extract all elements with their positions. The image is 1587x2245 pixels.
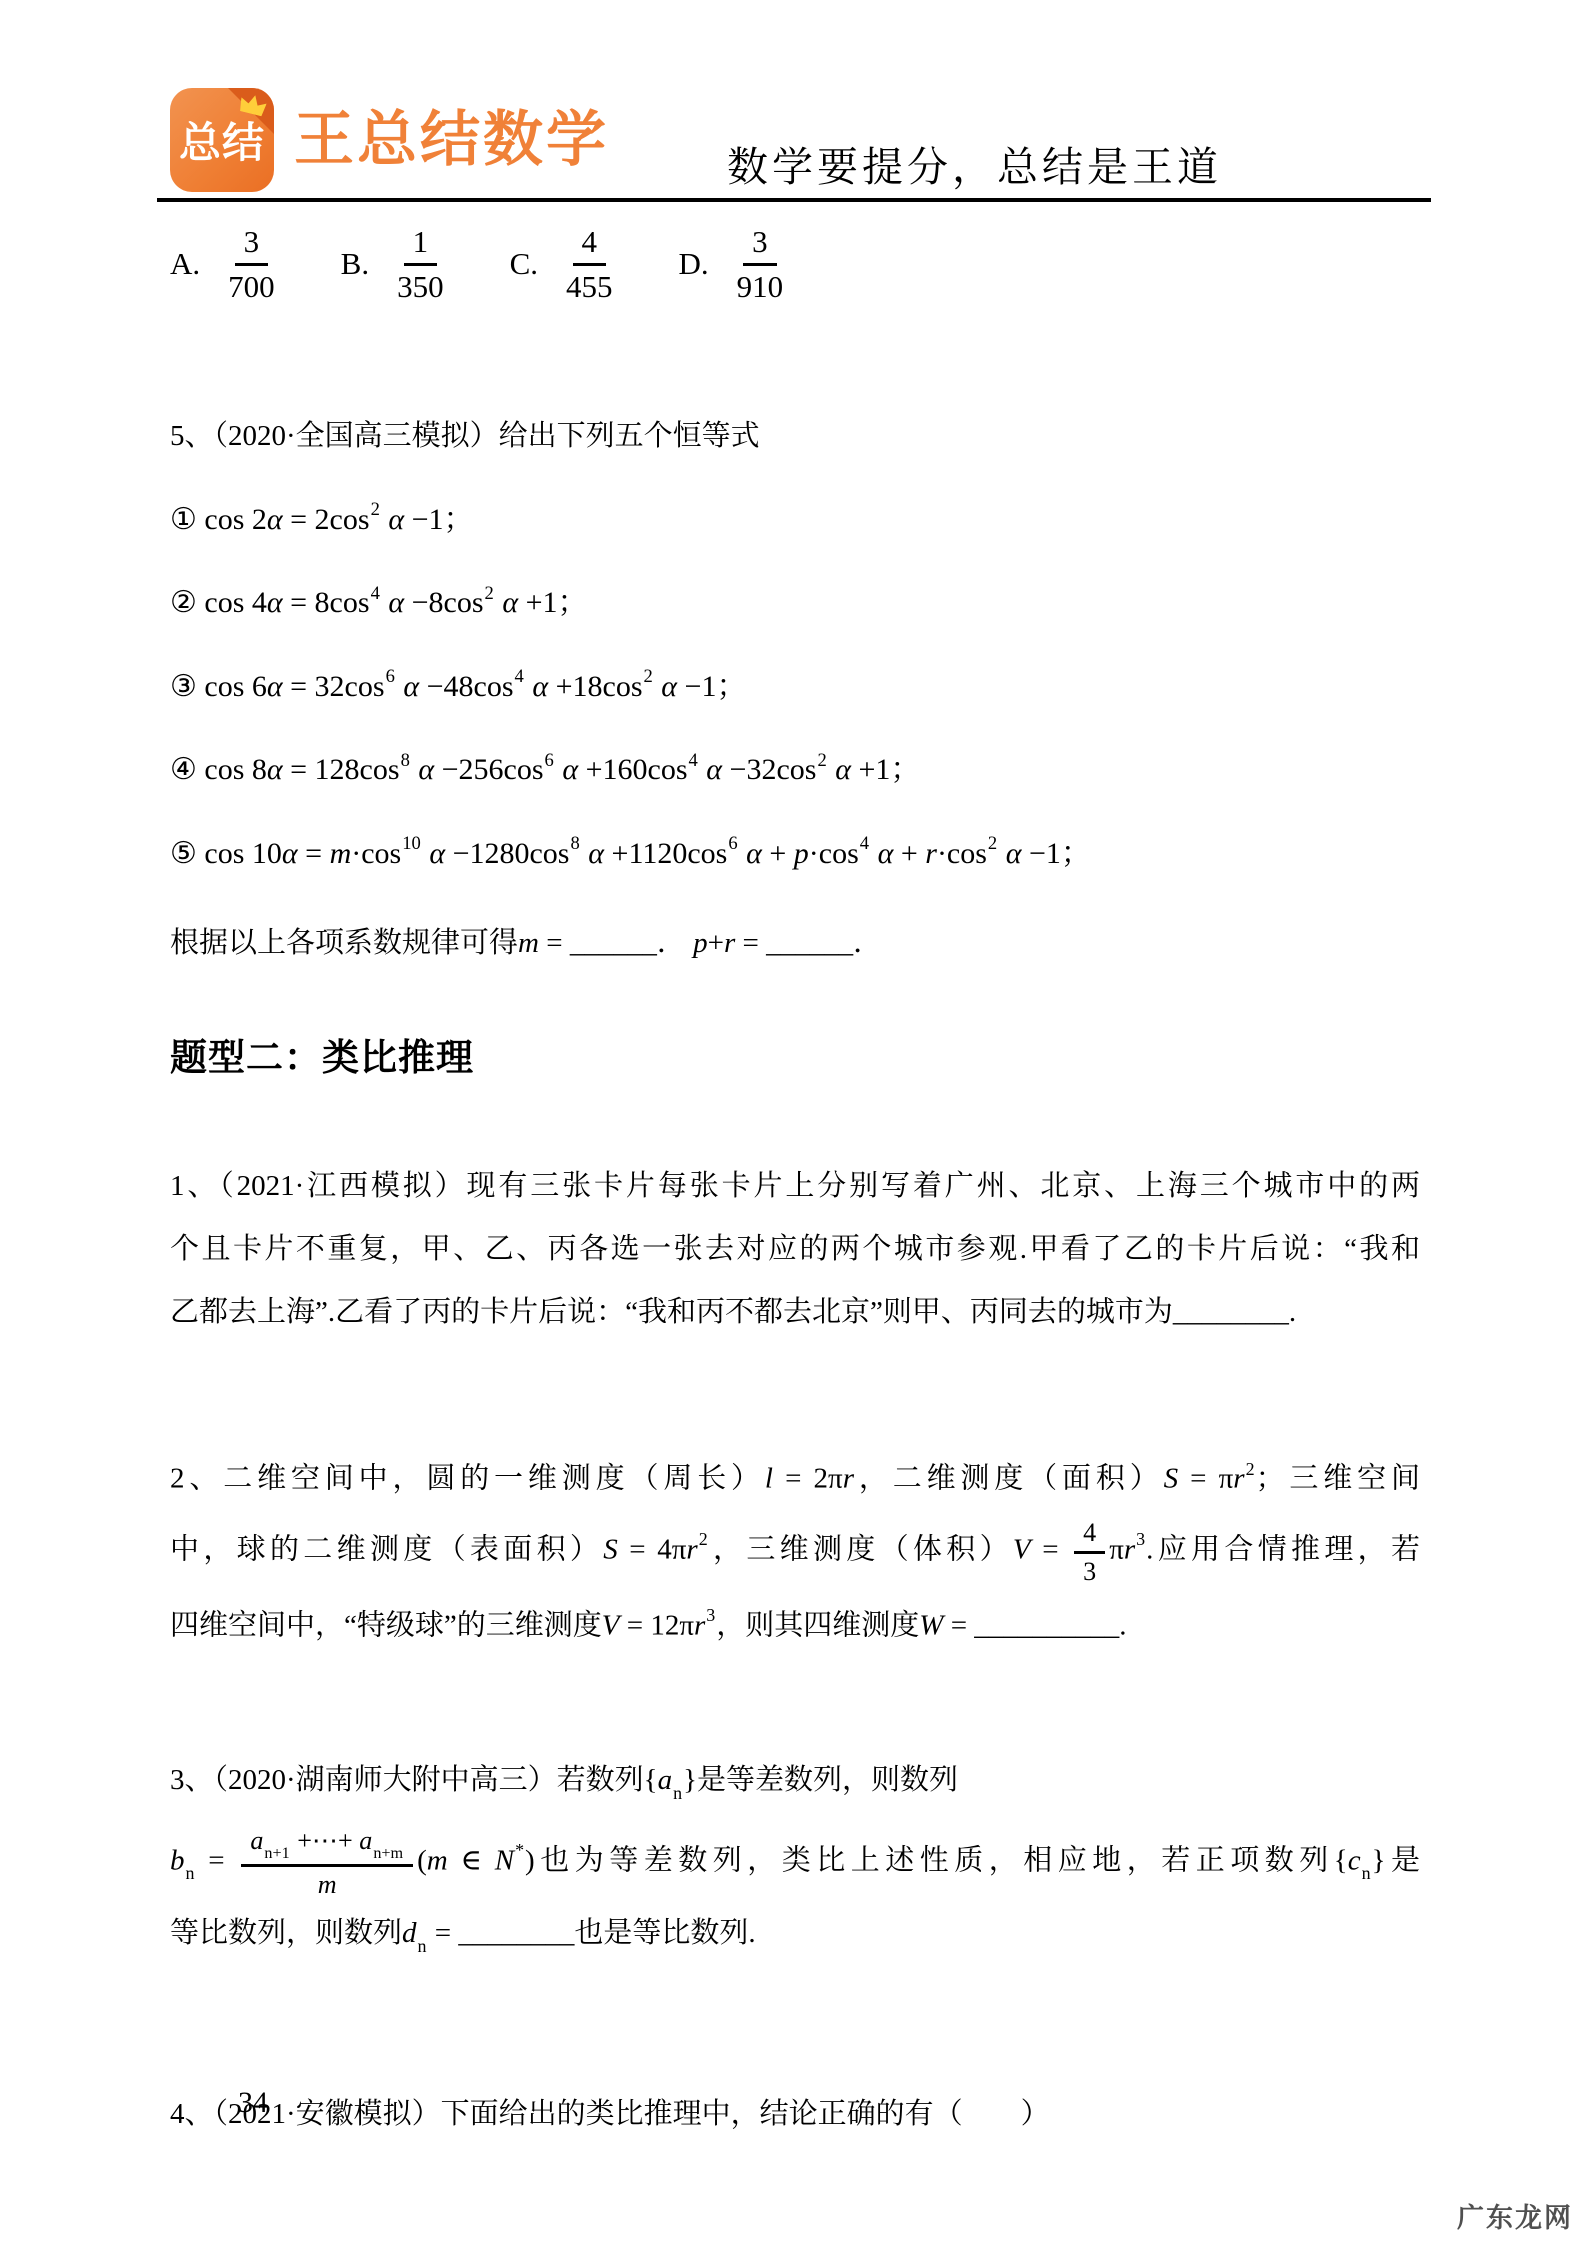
- fraction-denominator: 700: [228, 266, 275, 305]
- question-line: 1、（2021·江西模拟）现有三张卡片每张卡片上分别写着广州、北京、上海三个城市…: [170, 1155, 1420, 1218]
- question-line: 乙都去上海”.乙看了丙的卡片后说：“我和丙不都去北京”则甲、丙同去的城市为___…: [170, 1281, 1420, 1344]
- brand-logo-icon: 总结: [170, 88, 274, 192]
- option-b: B. 1 350: [341, 224, 448, 304]
- header-divider: [157, 198, 1431, 202]
- option-c: C. 4 455: [510, 224, 617, 304]
- fraction-denominator: 910: [737, 266, 784, 305]
- question-5-intro: 5、（2020·全国高三模拟）给出下列五个恒等式: [170, 416, 1420, 457]
- answer-options-row: A. 3 700 B. 1 350 C. 4 455: [170, 224, 1420, 304]
- fraction-numerator: 1: [404, 224, 438, 266]
- option-label: B.: [341, 246, 369, 282]
- question-line: 3、（2020·湖南师大附中高三）若数列{an}是等差数列，则数列: [170, 1749, 1420, 1822]
- question-3: 3、（2020·湖南师大附中高三）若数列{an}是等差数列，则数列 bn = a…: [170, 1749, 1420, 1975]
- option-d: D. 3 910: [679, 224, 788, 304]
- identity-line-2: ② cos 4α = 8cos4 α −8cos2 α +1；: [170, 583, 1420, 624]
- option-label: C.: [510, 246, 538, 282]
- brand-name: 王总结数学: [294, 110, 609, 170]
- document-page: 总结 王总结数学 数学要提分，总结是王道 A. 3 700 B. 1 350: [0, 0, 1587, 2245]
- question-5: 5、（2020·全国高三模拟）给出下列五个恒等式 ① cos 2α = 2cos…: [170, 416, 1420, 961]
- watermark: 广东龙网: [1457, 2196, 1573, 2235]
- page-header: 总结 王总结数学 数学要提分，总结是王道: [0, 0, 1587, 192]
- page-number: 34: [238, 2086, 268, 2120]
- identity-line-4: ④ cos 8α = 128cos8 α −256cos6 α +160cos4…: [170, 750, 1420, 791]
- question-4: 4、（2021·安徽模拟）下面给出的类比推理中，结论正确的有（ ）: [170, 2083, 1420, 2146]
- fraction-numerator: 3: [235, 224, 269, 266]
- question-line: 个且卡片不重复，甲、乙、丙各选一张去对应的两个城市参观.甲看了乙的卡片后说：“我…: [170, 1218, 1420, 1281]
- question-5-conclusion: 根据以上各项系数规律可得m = ______． p+r = ______．: [170, 920, 1420, 961]
- option-fraction: 1 350: [397, 224, 444, 304]
- question-line: 等比数列，则数列dn = ________也是等比数列.: [170, 1902, 1420, 1975]
- question-line: 2、二维空间中，圆的一维测度（周长）l = 2πr，二维测度（面积）S = πr…: [170, 1440, 1420, 1511]
- option-label: D.: [679, 246, 709, 282]
- option-label: A.: [170, 246, 200, 282]
- fraction-numerator: 3: [743, 224, 777, 266]
- question-line: bn = an+1 +⋯+ an+mm(m ∈ N*)也为等差数列，类比上述性质…: [170, 1822, 1420, 1902]
- identity-line-3: ③ cos 6α = 32cos6 α −48cos4 α +18cos2 α …: [170, 667, 1420, 708]
- question-line: 4、（2021·安徽模拟）下面给出的类比推理中，结论正确的有（ ）: [170, 2083, 1420, 2146]
- question-line: 四维空间中，“特级球”的三维测度V = 12πr3，则其四维测度W = ____…: [170, 1587, 1420, 1658]
- fraction-numerator: 4: [573, 224, 607, 266]
- section-title: 题型二：类比推理: [170, 1027, 1420, 1081]
- header-tagline: 数学要提分，总结是王道: [727, 145, 1222, 192]
- question-2: 2、二维空间中，圆的一维测度（周长）l = 2πr，二维测度（面积）S = πr…: [170, 1440, 1420, 1657]
- identity-line-5: ⑤ cos 10α = m·cos10 α −1280cos8 α +1120c…: [170, 834, 1420, 875]
- question-line: 中，球的二维测度（表面积）S = 4πr2，三维测度（体积）V = 43πr3.…: [170, 1511, 1420, 1587]
- fraction-denominator: 455: [566, 266, 613, 305]
- question-1: 1、（2021·江西模拟）现有三张卡片每张卡片上分别写着广州、北京、上海三个城市…: [170, 1155, 1420, 1344]
- fraction-denominator: 350: [397, 266, 444, 305]
- option-fraction: 3 910: [737, 224, 784, 304]
- logo-icon-text: 总结: [179, 110, 265, 170]
- document-content: A. 3 700 B. 1 350 C. 4 455: [0, 224, 1587, 2146]
- brand-logo: 总结 王总结数学: [170, 88, 609, 192]
- option-a: A. 3 700: [170, 224, 279, 304]
- option-fraction: 4 455: [566, 224, 613, 304]
- option-fraction: 3 700: [228, 224, 275, 304]
- identity-line-1: ① cos 2α = 2cos2 α −1；: [170, 500, 1420, 541]
